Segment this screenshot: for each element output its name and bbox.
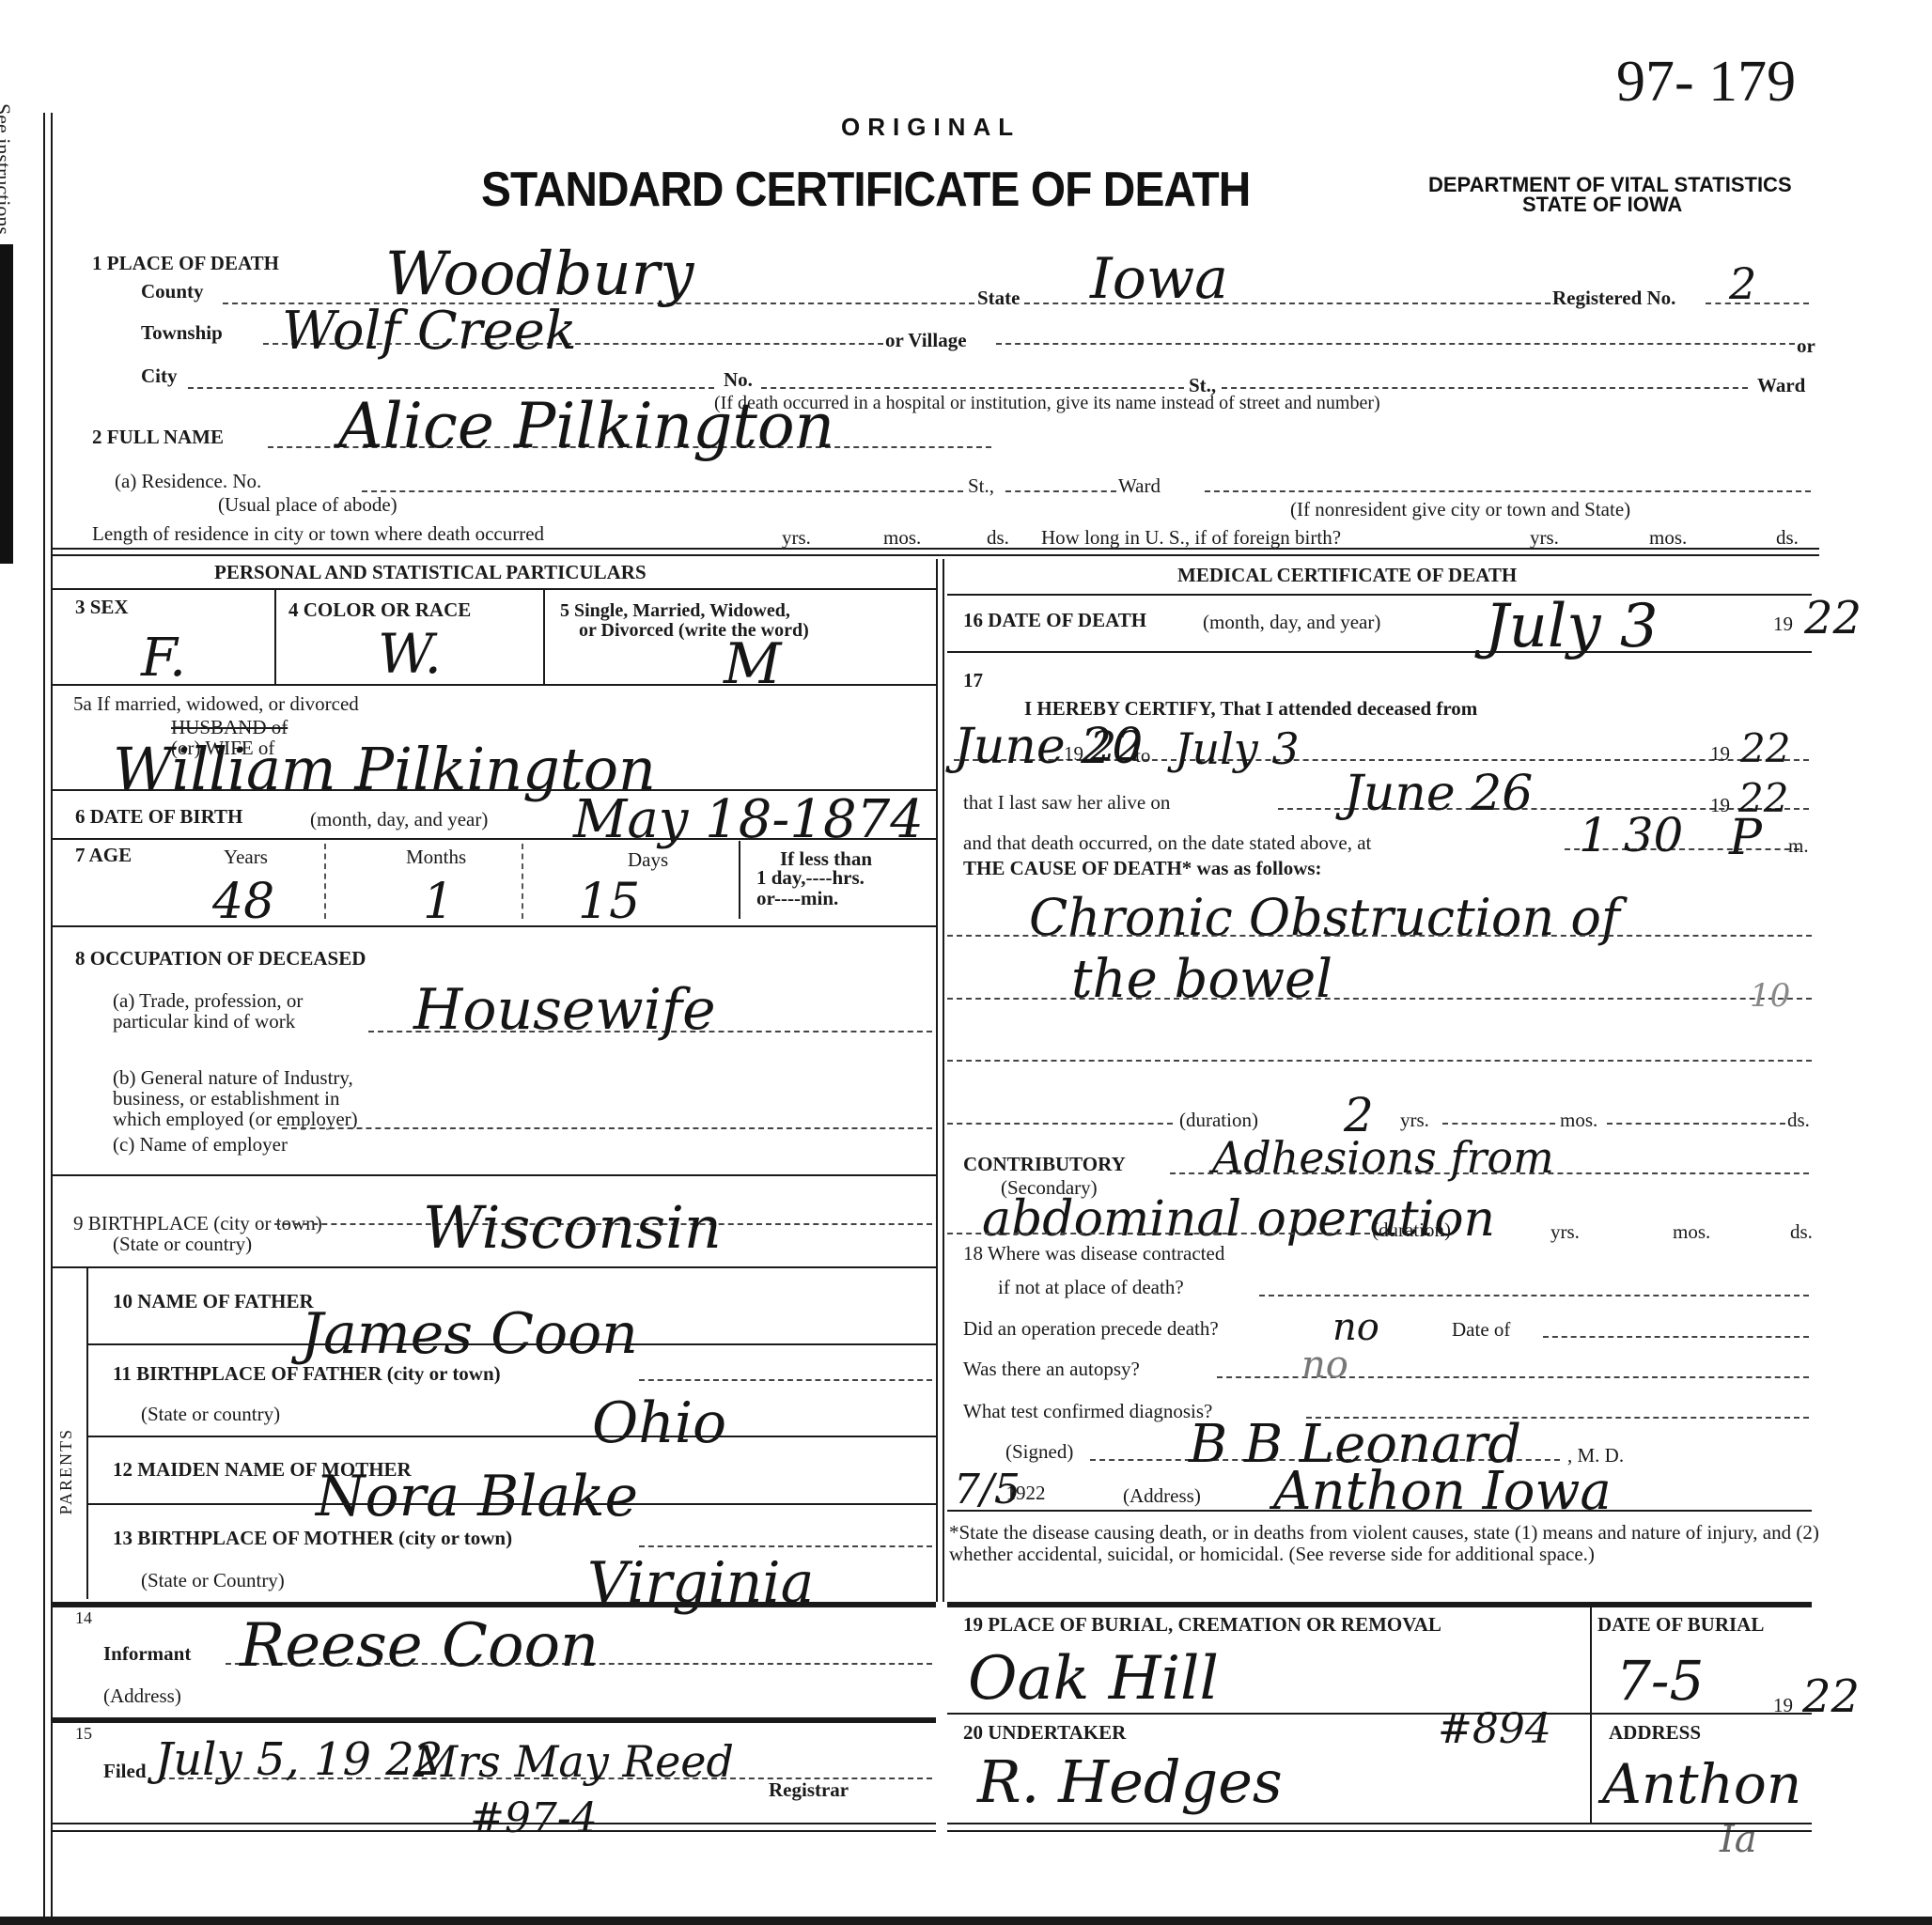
cause-line-2: the bowel	[1071, 949, 1332, 1010]
duration-yrs-line	[1442, 1123, 1555, 1125]
personal-section-title: PERSONAL AND STATISTICAL PARTICULARS	[214, 561, 647, 584]
sex-value: F.	[141, 628, 186, 689]
full-name-value: Alice Pilkington	[338, 390, 834, 462]
state-value: Iowa	[1090, 246, 1228, 312]
undertaker-note: #894	[1438, 1705, 1551, 1753]
contributory-duration-lead	[947, 1233, 1370, 1234]
row-divider-14	[53, 1717, 936, 1723]
birthplace-value: Wisconsin	[423, 1193, 722, 1262]
village-line	[996, 343, 1795, 345]
foreign-birth-label: How long in U. S., if of foreign birth?	[1041, 526, 1341, 550]
less-than-label-3: or----min.	[756, 887, 838, 910]
informant-address-label: (Address)	[103, 1684, 181, 1708]
duration-mos: mos.	[1560, 1109, 1597, 1132]
dod-year-prefix: 19	[1773, 613, 1793, 636]
cause-line-2-rule	[947, 998, 1812, 1000]
full-name-label: 2 FULL NAME	[92, 426, 224, 449]
residence-line	[362, 490, 963, 492]
residence-ward-label: Ward	[1118, 474, 1161, 498]
scan-bottom-edge	[0, 1917, 1932, 1925]
burial-place-value: Oak Hill	[968, 1644, 1219, 1714]
medical-divider	[947, 594, 1812, 596]
residence-sub: (Usual place of abode)	[218, 493, 397, 517]
doctor-address-value: Anthon Iowa	[1273, 1461, 1612, 1522]
marital-label-1: 5 Single, Married, Widowed,	[560, 600, 790, 622]
cause-line-1: Chronic Obstruction of	[1029, 888, 1620, 947]
father-name-value: James Coon	[301, 1301, 638, 1367]
duration-yrs: yrs.	[1400, 1109, 1429, 1132]
margin-note: 10	[1750, 977, 1790, 1015]
length-yrs: yrs.	[782, 526, 811, 550]
attended-from-year-prefix: 19	[1064, 742, 1083, 766]
residence-st-label: St.,	[968, 474, 994, 498]
attended-to-value: July 3	[1175, 723, 1300, 774]
or-label: or	[1797, 334, 1815, 358]
undertaker-address-label: ADDRESS	[1609, 1721, 1701, 1745]
certify-text: I HEREBY CERTIFY, That I attended deceas…	[1024, 697, 1477, 721]
contributory-ds: ds.	[1790, 1220, 1813, 1244]
row-divider-7	[53, 925, 936, 927]
burial-date-label: DATE OF BURIAL	[1597, 1613, 1764, 1637]
row-divider-13	[53, 1602, 936, 1607]
age-divider-2	[522, 844, 523, 919]
left-border-outer	[43, 113, 45, 1917]
undertaker-address-value: Anthon	[1602, 1752, 1801, 1816]
last-saw-year-prefix: 19	[1710, 794, 1730, 817]
nonresident-note: (If nonresident give city or town and St…	[1290, 498, 1630, 521]
city-st-line	[1222, 387, 1748, 389]
age-divider-1	[324, 844, 326, 919]
foreign-ds: ds.	[1776, 526, 1799, 550]
last-saw-label: that I last saw her alive on	[963, 791, 1170, 815]
attended-to-year-prefix: 19	[1710, 742, 1730, 766]
divider-top-2	[53, 554, 1819, 556]
mother-birthplace-label-2: (State or Country)	[141, 1569, 285, 1592]
date-of-line	[1543, 1336, 1809, 1338]
cause-label: THE CAUSE OF DEATH* was as follows:	[963, 857, 1322, 880]
page-title: STANDARD CERTIFICATE OF DEATH	[481, 162, 1250, 218]
length-ds: ds.	[987, 526, 1009, 550]
father-birthplace-label-2: (State or country)	[141, 1403, 280, 1426]
row-divider-10	[88, 1343, 936, 1345]
age-divider-3	[739, 841, 740, 919]
file-number: 97- 179	[1616, 49, 1796, 116]
duration-label: (duration)	[1179, 1109, 1258, 1132]
city-no-label: No.	[724, 368, 753, 392]
q18-label-2: if not at place of death?	[998, 1276, 1184, 1299]
months-label: Months	[406, 846, 466, 869]
divider-top-1	[53, 548, 1819, 550]
cert-num: 17	[963, 669, 983, 692]
industry-line	[282, 1127, 932, 1129]
ampm-value: P	[1729, 810, 1762, 866]
registered-no-value: 2	[1729, 258, 1756, 309]
bottom-divider-right-2	[947, 1830, 1812, 1832]
years-label: Years	[224, 846, 268, 869]
row-divider-9	[53, 1266, 936, 1268]
village-label: or Village	[885, 329, 967, 352]
cause-line-3-rule	[947, 1060, 1812, 1062]
autopsy-label: Was there an autopsy?	[963, 1358, 1140, 1381]
row-divider-6	[53, 838, 936, 840]
city-ward-label: Ward	[1757, 374, 1805, 397]
race-marital-divider	[543, 590, 545, 684]
father-name-label: 10 NAME OF FATHER	[113, 1290, 314, 1313]
column-divider-1	[936, 559, 938, 1602]
registrar-value: Mrs May Reed	[413, 1736, 734, 1787]
row-divider-12	[88, 1503, 936, 1505]
attended-to-year: 22	[1740, 725, 1790, 771]
mother-birthplace-line	[639, 1545, 932, 1547]
bottom-divider-right-1	[947, 1823, 1812, 1824]
sex-race-divider	[274, 590, 276, 684]
dod-divider	[947, 651, 1812, 653]
test-label: What test confirmed diagnosis?	[963, 1400, 1212, 1423]
to-label: to	[1135, 744, 1150, 768]
dod-year: 22	[1804, 592, 1862, 644]
age-label: 7 AGE	[75, 844, 132, 867]
medical-bottom-divider	[947, 1602, 1812, 1607]
dob-label: 6 DATE OF BIRTH	[75, 805, 242, 829]
residence-ward-line	[1205, 490, 1811, 492]
q18-label-1: 18 Where was disease contracted	[963, 1242, 1224, 1265]
operation-label: Did an operation precede death?	[963, 1317, 1219, 1341]
state-label: State	[977, 287, 1021, 310]
left-border-inner	[51, 113, 53, 1917]
burial-column-divider	[1590, 1607, 1592, 1823]
trade-label-2: particular kind of work	[113, 1010, 295, 1033]
employer-label: (c) Name of employer	[113, 1133, 288, 1157]
length-mos: mos.	[883, 526, 921, 550]
undertaker-value: R. Hedges	[977, 1747, 1283, 1816]
place-of-death-label: 1 PLACE OF DEATH	[92, 252, 279, 275]
father-birthplace-line	[639, 1379, 932, 1381]
contributory-yrs: yrs.	[1550, 1220, 1580, 1244]
signature-divider	[947, 1510, 1812, 1512]
informant-label: Informant	[103, 1642, 191, 1666]
side-margin-text: See instructions	[0, 103, 15, 554]
bottom-divider-left-2	[53, 1830, 936, 1832]
registered-no-line	[1706, 303, 1809, 304]
sex-label: 3 SEX	[75, 596, 129, 619]
length-residence-label: Length of residence in city or town wher…	[92, 522, 544, 546]
burial-divider	[947, 1713, 1812, 1715]
age-years-value: 48	[212, 874, 274, 930]
birthplace-label-2: (State or country)	[113, 1233, 252, 1256]
doctor-address-label: (Address)	[1123, 1484, 1201, 1508]
marital-value: M	[724, 631, 781, 697]
cause-line-1-rule	[947, 935, 1812, 937]
parents-label: PARENTS	[56, 1428, 76, 1514]
duration-lead	[947, 1123, 1173, 1125]
township-label: Township	[141, 321, 223, 345]
contributory-duration-label: (duration)	[1372, 1219, 1451, 1242]
contributory-mos: mos.	[1673, 1220, 1710, 1244]
row-divider-11	[88, 1436, 936, 1437]
informant-value: Reese Coon	[240, 1611, 599, 1681]
dod-sub: (month, day, and year)	[1203, 611, 1380, 634]
township-value: Wolf Creek	[282, 301, 577, 362]
occupation-label: 8 OCCUPATION OF DECEASED	[75, 947, 366, 970]
registered-no-label: Registered No.	[1552, 287, 1675, 310]
residence-st-line	[1005, 490, 1116, 492]
duration-ds: ds.	[1787, 1109, 1810, 1132]
parents-divider	[86, 1268, 88, 1599]
race-value: W.	[378, 622, 442, 686]
race-label: 4 COLOR OR RACE	[288, 598, 471, 622]
autopsy-value: no	[1301, 1343, 1348, 1387]
city-line	[188, 387, 714, 389]
burial-date-value: 7-5	[1616, 1649, 1704, 1713]
dob-value: May 18-1874	[573, 789, 924, 850]
signed-label: (Signed)	[1005, 1440, 1073, 1464]
row-divider-8	[53, 1174, 936, 1176]
sign-year: , 1922	[996, 1482, 1046, 1505]
father-birthplace-label-1: 11 BIRTHPLACE OF FATHER (city or town)	[113, 1362, 501, 1386]
trade-value: Housewife	[413, 977, 716, 1043]
age-months-value: 1	[423, 874, 454, 930]
date-of-label: Date of	[1452, 1318, 1510, 1342]
registrar-label: Registrar	[769, 1778, 849, 1802]
filed-value: July 5, 19 22	[155, 1733, 443, 1786]
filed-num: 15	[75, 1724, 92, 1744]
personal-divider	[53, 588, 936, 590]
bottom-divider-left-1	[53, 1823, 936, 1824]
filed-label: Filed	[103, 1760, 147, 1783]
mother-birthplace-label-1: 13 BIRTHPLACE OF MOTHER (city or town)	[113, 1527, 512, 1550]
residence-label: (a) Residence. No.	[115, 470, 261, 493]
city-no-line	[761, 387, 1184, 389]
dob-sub: (month, day, and year)	[310, 808, 488, 831]
contributory-value-1: Adhesions from	[1212, 1132, 1554, 1183]
county-label: County	[141, 280, 204, 303]
dod-label: 16 DATE OF DEATH	[963, 609, 1146, 632]
q18-line	[1259, 1295, 1809, 1296]
burial-year: 22	[1802, 1670, 1860, 1723]
time-value: 1 30	[1579, 808, 1683, 862]
original-label: ORIGINAL	[841, 113, 1021, 142]
county-value: Woodbury	[385, 240, 693, 309]
foreign-yrs: yrs.	[1530, 526, 1559, 550]
age-days-value: 15	[578, 874, 640, 930]
city-label: City	[141, 365, 178, 388]
spouse-label-1: 5a If married, widowed, or divorced	[73, 692, 359, 716]
cause-footnote: *State the disease causing death, or in …	[949, 1522, 1823, 1565]
father-birthplace-value: Ohio	[592, 1390, 726, 1456]
burial-place-label: 19 PLACE OF BURIAL, CREMATION OR REMOVAL	[963, 1613, 1441, 1637]
occurred-label: and that death occurred, on the date sta…	[963, 831, 1371, 855]
duration-mos-line	[1607, 1123, 1785, 1125]
foreign-mos: mos.	[1649, 526, 1687, 550]
medical-section-title: MEDICAL CERTIFICATE OF DEATH	[1177, 564, 1517, 587]
informant-num: 14	[75, 1608, 92, 1628]
last-saw-value: June 26	[1344, 766, 1533, 822]
department-line2: STATE OF IOWA	[1522, 193, 1682, 217]
mother-name-value: Nora Blake	[316, 1464, 638, 1529]
filed-note: #97-4	[470, 1794, 598, 1842]
contributory-label: CONTRIBUTORY	[963, 1153, 1126, 1176]
row-divider-3	[53, 684, 936, 686]
days-label: Days	[628, 848, 668, 872]
m-label: m.	[1788, 834, 1809, 858]
undertaker-label: 20 UNDERTAKER	[963, 1721, 1126, 1745]
column-divider-2	[943, 559, 944, 1602]
